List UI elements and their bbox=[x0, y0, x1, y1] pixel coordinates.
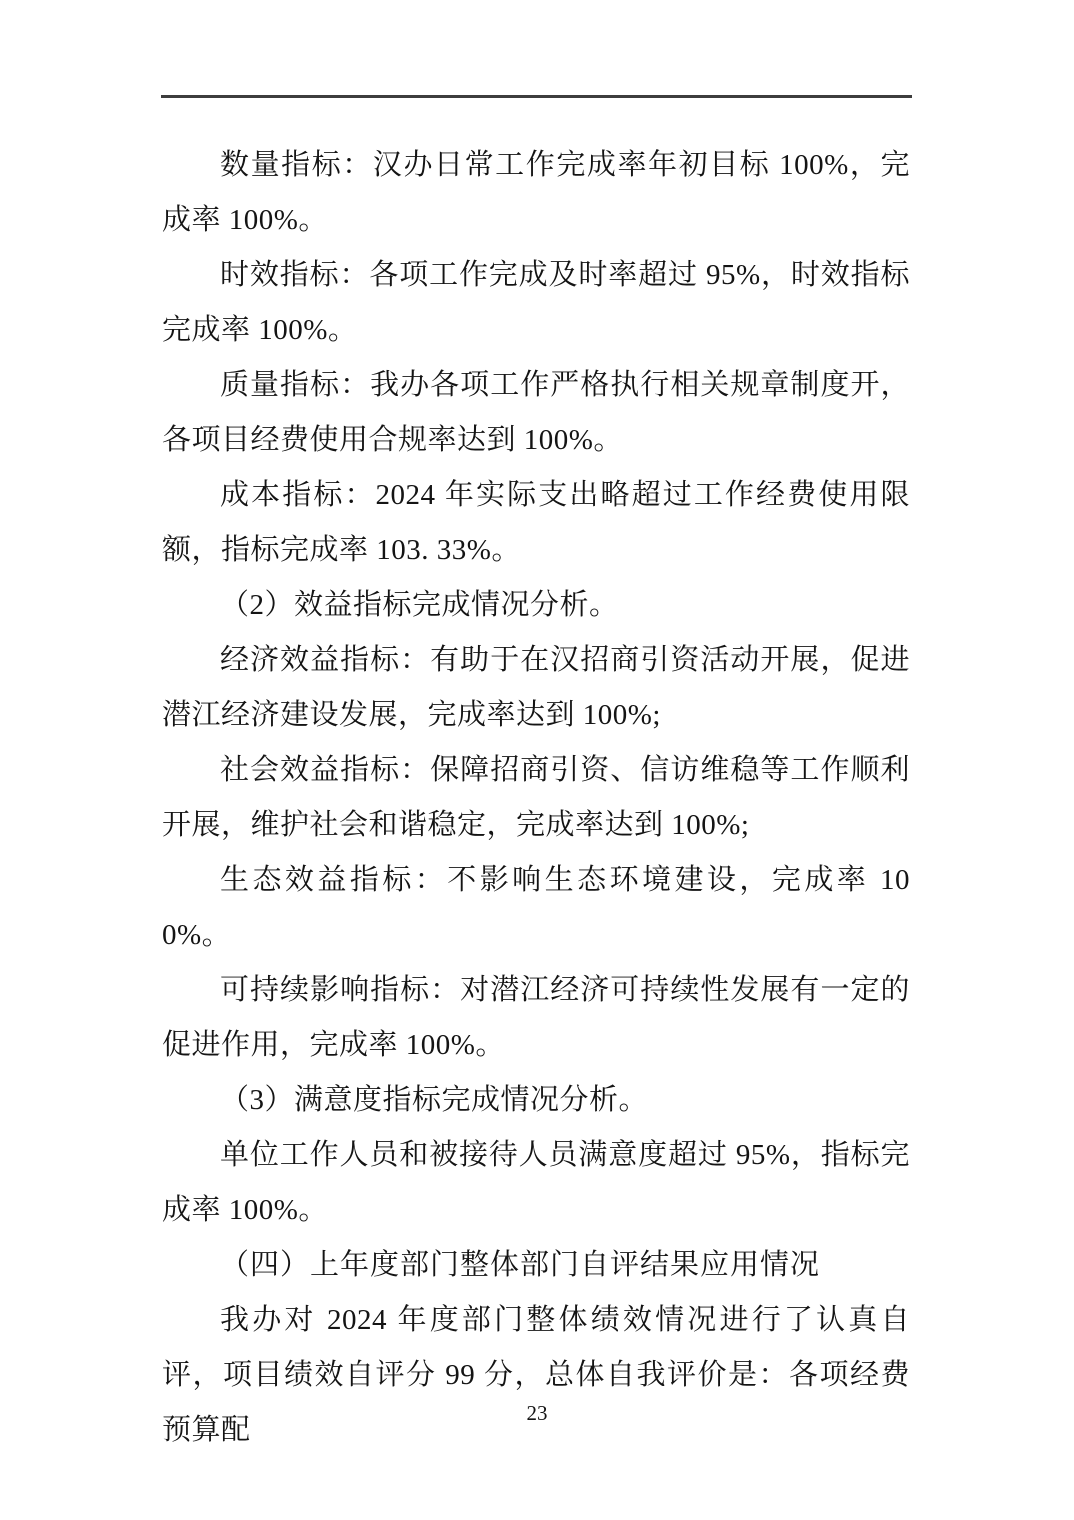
document-page: 数量指标：汉办日常工作完成率年初目标 100%，完成率 100%。时效指标：各项… bbox=[0, 0, 1074, 1520]
paragraph: 成本指标：2024 年实际支出略超过工作经费使用限额，指标完成率 103. 33… bbox=[162, 468, 910, 578]
paragraph: 单位工作人员和被接待人员满意度超过 95%，指标完成率 100%。 bbox=[162, 1128, 910, 1238]
paragraph: 质量指标：我办各项工作严格执行相关规章制度开，各项目经费使用合规率达到 100%… bbox=[162, 358, 910, 468]
paragraph: 生态效益指标：不影响生态环境建设，完成率 100%。 bbox=[162, 853, 910, 963]
paragraph: 我办对 2024 年度部门整体绩效情况进行了认真自评，项目绩效自评分 99 分，… bbox=[162, 1293, 910, 1458]
paragraph: 社会效益指标：保障招商引资、信访维稳等工作顺利开展，维护社会和谐稳定，完成率达到… bbox=[162, 743, 910, 853]
paragraph: 时效指标：各项工作完成及时率超过 95%，时效指标完成率 100%。 bbox=[162, 248, 910, 358]
section-heading: （四）上年度部门整体部门自评结果应用情况 bbox=[162, 1238, 910, 1293]
document-body: 数量指标：汉办日常工作完成率年初目标 100%，完成率 100%。时效指标：各项… bbox=[162, 138, 910, 1458]
paragraph: 经济效益指标：有助于在汉招商引资活动开展，促进潜江经济建设发展，完成率达到 10… bbox=[162, 633, 910, 743]
page-footer: 23 bbox=[0, 1401, 1074, 1426]
paragraph: 数量指标：汉办日常工作完成率年初目标 100%，完成率 100%。 bbox=[162, 138, 910, 248]
paragraph: （2）效益指标完成情况分析。 bbox=[162, 578, 910, 633]
paragraph: 可持续影响指标：对潜江经济可持续性发展有一定的促进作用，完成率 100%。 bbox=[162, 963, 910, 1073]
paragraph: （3）满意度指标完成情况分析。 bbox=[162, 1073, 910, 1128]
page-number: 23 bbox=[527, 1401, 548, 1425]
header-rule bbox=[161, 95, 912, 98]
